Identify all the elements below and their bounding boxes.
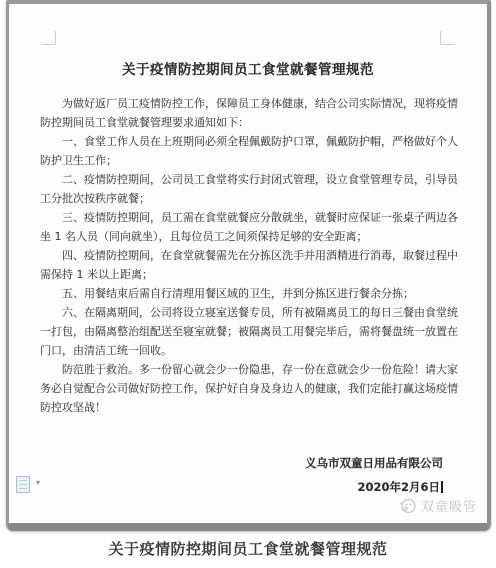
document-paragraph-closing: 防范胜于救治。多一份留心就会少一份隐患，存一份在意就会少一份危险！请大家务必自觉… — [40, 360, 458, 417]
margin-corner-mark-top-left-icon — [42, 31, 56, 45]
paste-options-icon[interactable] — [16, 476, 30, 493]
document-paragraph-1: 一、食堂工作人员在上班期间必须全程佩戴防护口罩，佩戴防护帽，严格做好个人防护卫生… — [40, 132, 458, 170]
watermark-logo-icon — [399, 497, 417, 515]
document-paragraph-2: 二、疫情防控期间，公司员工食堂将实行封闭式管理，设立食堂管理专员，引导员工分批次… — [40, 170, 458, 208]
document-page: 关于疫情防控期间员工食堂就餐管理规范 为做好返厂员工疫情防控工作，保障员工身体健… — [6, 0, 491, 531]
document-paragraph-4: 四、疫情防控期间，在食堂就餐需先在分拣区洗手并用酒精进行消毒，取餐过程中需保持 … — [40, 246, 458, 284]
document-paragraph-intro: 为做好返厂员工疫情防控工作，保障员工身体健康，结合公司实际情况，现将疫情防控期间… — [40, 94, 458, 132]
signature-company: 义乌市双童日用品有限公司 — [305, 455, 443, 471]
dropdown-arrow-icon[interactable]: ▾ — [36, 478, 40, 488]
document-paragraph-3: 三、疫情防控期间，员工需在食堂就餐应分散就坐，就餐时应保证一张桌子两边各坐 1 … — [40, 208, 458, 246]
watermark: 双童吸管 — [399, 496, 477, 515]
watermark-label: 双童吸管 — [421, 496, 477, 515]
document-body: 为做好返厂员工疫情防控工作，保障员工身体健康，结合公司实际情况，现将疫情防控期间… — [40, 94, 458, 417]
signature-date-text: 2020年2月6日 — [357, 480, 440, 494]
article-image: 关于疫情防控期间员工食堂就餐管理规范 为做好返厂员工疫情防控工作，保障员工身体健… — [0, 0, 496, 568]
document-paragraph-6: 六、在隔离期间，公司将设立寝室送餐专员，所有被隔离员工的每日三餐由食堂统一打包，… — [40, 303, 458, 360]
document-title: 关于疫情防控期间员工食堂就餐管理规范 — [9, 58, 487, 78]
margin-corner-mark-top-right-icon — [440, 31, 454, 45]
paste-options-button[interactable]: ▾ — [16, 476, 50, 496]
document-paragraph-5: 五、用餐结束后需自行清理用餐区域的卫生，并到分拣区进行餐余分拣； — [40, 284, 458, 303]
text-cursor — [441, 481, 443, 493]
image-caption: 关于疫情防控期间员工食堂就餐管理规范 — [0, 538, 496, 559]
signature-block: 义乌市双童日用品有限公司 2020年2月6日 — [305, 455, 443, 495]
signature-date: 2020年2月6日 — [305, 479, 443, 495]
document-page-inner: 关于疫情防控期间员工食堂就餐管理规范 为做好返厂员工疫情防控工作，保障员工身体健… — [9, 4, 487, 523]
